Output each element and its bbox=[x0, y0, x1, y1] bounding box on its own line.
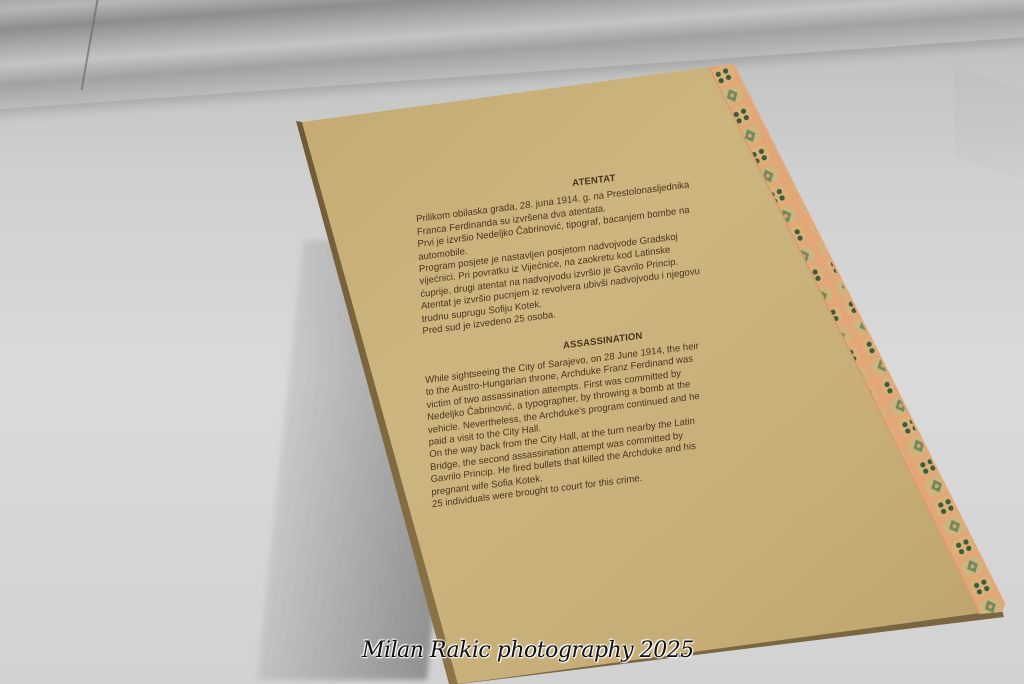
photo-scene: ATENTAT Prilikom obilaska grada, 28. jun… bbox=[0, 0, 1024, 684]
photographer-watermark: Milan Rakic photography 2025 bbox=[362, 638, 694, 663]
placard-text: ATENTAT Prilikom obilaska grada, 28. jun… bbox=[415, 153, 790, 512]
placard-board: ATENTAT Prilikom obilaska grada, 28. jun… bbox=[0, 0, 1024, 684]
